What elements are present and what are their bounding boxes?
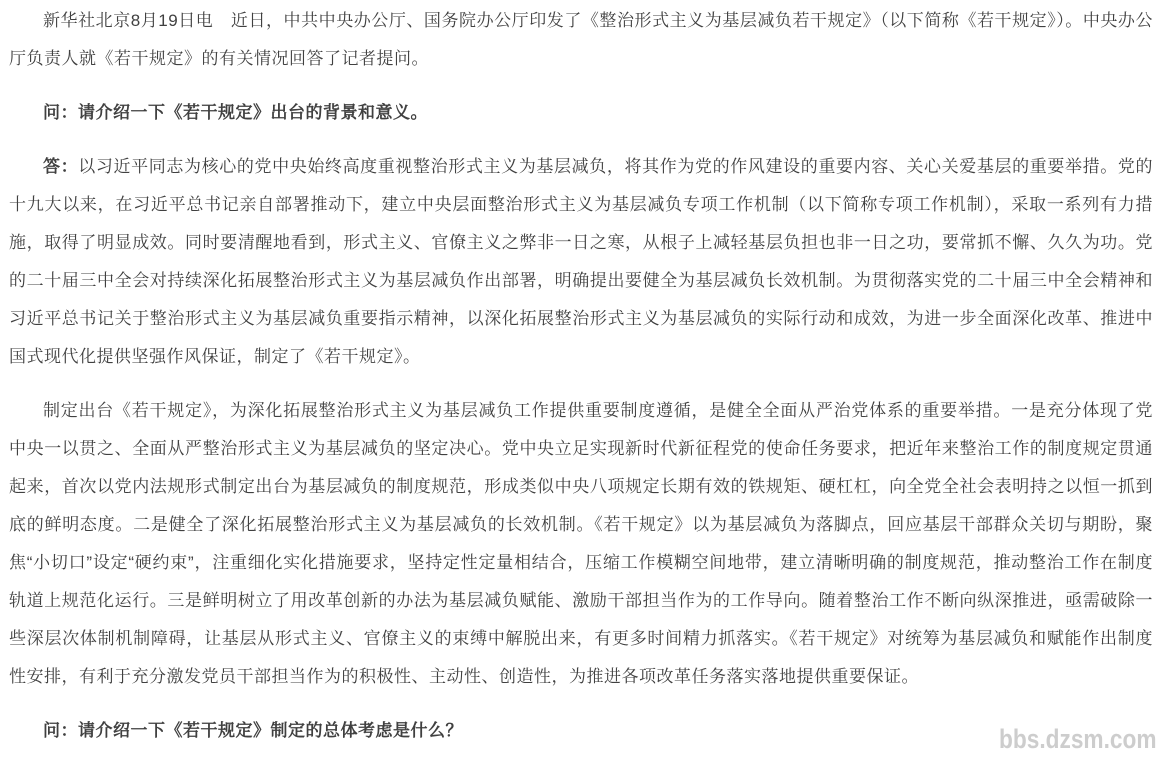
paragraph-intro: 新华社北京8月19日电 近日，中共中央办公厅、国务院办公厅印发了《整治形式主义为… — [9, 2, 1153, 78]
paragraph-body: 制定出台《若干规定》，为深化拓展整治形式主义为基层减负工作提供重要制度遵循，是健… — [9, 392, 1153, 696]
question-paragraph-2: 问：请介绍一下《若干规定》制定的总体考虑是什么？ — [9, 712, 1153, 750]
paragraph-intro-text: 新华社北京8月19日电 近日，中共中央办公厅、国务院办公厅印发了《整治形式主义为… — [9, 11, 1153, 68]
watermark: bbs.dzsm.com — [999, 724, 1157, 755]
answer-label: 答： — [43, 157, 78, 176]
question-paragraph-1: 问：请介绍一下《若干规定》出台的背景和意义。 — [9, 94, 1153, 132]
article-page: 新华社北京8月19日电 近日，中共中央办公厅、国务院办公厅印发了《整治形式主义为… — [0, 0, 1162, 750]
paragraph-answer-text: 以习近平同志为核心的党中央始终高度重视整治形式主义为基层减负，将其作为党的作风建… — [9, 157, 1153, 366]
paragraph-answer: 答：以习近平同志为核心的党中央始终高度重视整治形式主义为基层减负，将其作为党的作… — [9, 148, 1153, 376]
